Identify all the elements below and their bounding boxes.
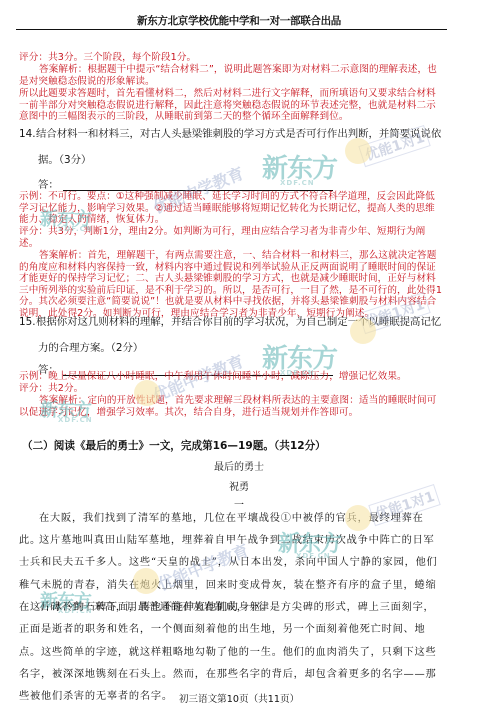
article-title: 最后的勇士 [0, 458, 478, 473]
q13-analysis-2: 所以此题要求答题时，首先看懂材料二，然后对材料二进行文字解释，而所填语句又要求结… [19, 88, 444, 123]
q15-prompt: 15.根据你对这几则材料的理解，并结合你目前的学习状况，为自己制定一个以睡眠提高… [19, 316, 449, 329]
header-rule [16, 29, 447, 30]
q15-prompt-line1: 根据你对这几则材料的理解，并结合你目前的学习状况，为自己制定一个以睡眠提高记忆 [36, 316, 441, 328]
q14-prompt: 14.结合材料一和材料三，对古人头悬梁锥刺股的学习方式是否可行作出判断，并简要说… [19, 128, 449, 141]
q14-answer-line [63, 180, 333, 191]
q14-prompt-line2: 据。（3分） [38, 151, 91, 166]
q14-answer-area: 答： [38, 176, 333, 191]
page-footer: 初三语文第10页（共11页） [0, 691, 478, 705]
document-page: 新东方北京学校优能中学和一对一部联合出品 评分：共3分。三个阶段，每个阶段1分。… [0, 0, 478, 714]
q14-analysis: 答案解析：首先，理解题干，有两点需要注意，一、结合材料一和材料三，那么这就决定答… [19, 250, 444, 320]
q14-number: 14. [19, 128, 36, 141]
q14-answer-label: 答： [38, 179, 59, 191]
q15-example: 示例：晚上尽量保证八小时睡眠，中午利用午休时间睡半小时，减除压力，增强记忆效果。 [19, 371, 444, 383]
badge-watermark-icon [345, 138, 371, 164]
q14-score: 评分：共3分，判断1分，理由2分。如判断为可行，理由应结合学习者为非青少年、短期… [19, 226, 444, 249]
q14-prompt-line1: 结合材料一和材料三，对古人头悬梁锥刺股的学习方式是否可行作出判断，并简要说说依 [36, 128, 441, 140]
q15-analysis: 答案解析：定向的开放性试题，首先要求理解三段材料所表达的主要意图：适当的睡眠时间… [19, 395, 444, 418]
q14-example: 示例：不可行。要点：①这种强制减少睡眠、延长学习时间的方式不符合科学道理，反会因… [19, 191, 444, 226]
q13-analysis-1: 答案解析：根据题干中提示“结合材料二”，说明此题答案即为对材料二示意图的理解表述… [19, 64, 444, 87]
section-title: （二）阅读《最后的勇士》一文，完成第16—19题。（共12分） [22, 438, 326, 453]
q15-number: 15. [19, 316, 36, 329]
q13-score: 评分：共3分。三个阶段，每个阶段1分。 [19, 52, 444, 64]
q15-score: 评分：共2分。 [19, 383, 444, 395]
page-header: 新东方北京学校优能中学和一对一部联合出品 [0, 13, 478, 28]
article-author: 祝勇 [0, 478, 478, 493]
q15-prompt-line2: 力的合理方案。（2分） [38, 339, 143, 354]
